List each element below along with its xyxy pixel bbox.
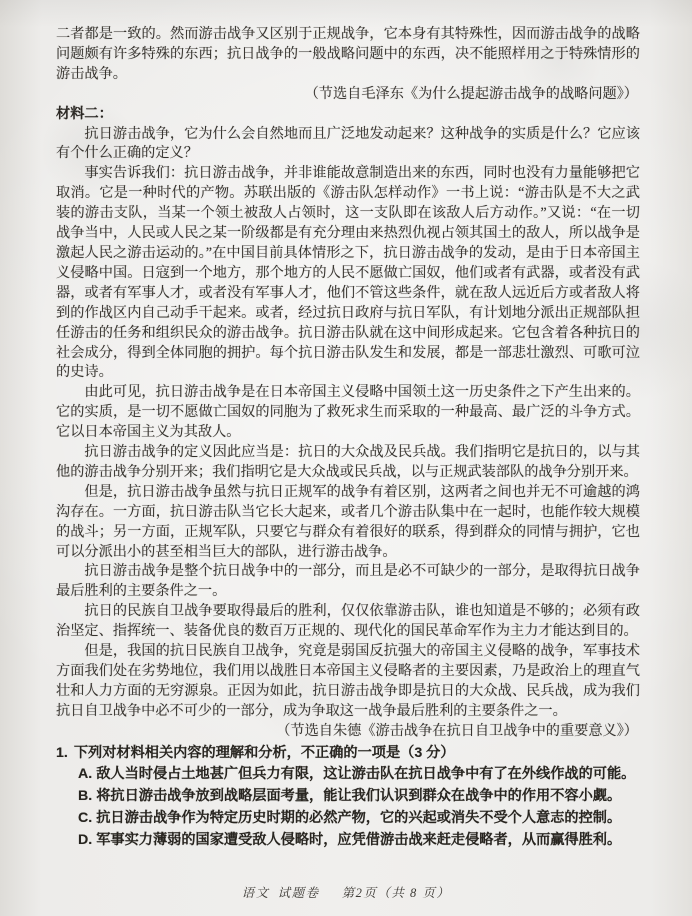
material2-source-citation: （节选自朱德《游击战争在抗日自卫战争中的重要意义》） <box>56 722 640 742</box>
question-1-option-c: C.抗日游击战争作为特定历史时期的必然产物，它的兴起或消失不受个人意志的控制。 <box>56 808 640 830</box>
question-1-option-d: D.军事实力薄弱的国家遭受敌人侵略时，应凭借游击战来赶走侵略者，从而赢得胜利。 <box>56 830 640 852</box>
option-a-text: 敌人当时侵占土地甚广但兵力有限，这让游击队在抗日战争中有了在外线作战的可能。 <box>96 766 635 782</box>
footer-subject: 语文 <box>242 886 270 900</box>
option-b-label: B. <box>78 788 92 804</box>
page-content: 二者都是一致的。然而游击战争又区别于正规战争，它本身有其特殊性，因而游击战争的战… <box>0 0 692 851</box>
material1-source-citation: （节选自毛泽东《为什么提起游击战争的战略问题》） <box>56 85 640 105</box>
material2-paragraph-2: 事实告诉我们：抗日游击战争，并非谁能故意制造出来的东西，同时也没有力量能够把它取… <box>56 164 640 383</box>
question-1-stem-text: 下列对材料相关内容的理解和分析，不正确的一项是（3 分） <box>74 745 455 761</box>
page-footer: 语文试题卷第2页（共 8 页） <box>0 883 692 901</box>
question-1-option-b: B.将抗日游击战争放到战略层面考量，能让我们认识到群众在战争中的作用不容小觑。 <box>56 786 640 808</box>
material2-heading: 材料二： <box>56 105 640 125</box>
option-d-label: D. <box>78 832 92 848</box>
material2-paragraph-6: 抗日游击战争是整个抗日战争中的一部分，而且是必不可缺少的一部分，是取得抗日战争最… <box>56 562 640 602</box>
material1-continuation-paragraph: 二者都是一致的。然而游击战争又区别于正规战争，它本身有其特殊性，因而游击战争的战… <box>56 25 640 85</box>
question-1-stem: 1.下列对材料相关内容的理解和分析，不正确的一项是（3 分） <box>56 743 640 765</box>
option-a-label: A. <box>78 766 92 782</box>
material2-paragraph-5: 但是，抗日游击战争虽然与抗日正规军的战争有着区别，这两者之间也并无不可逾越的鸿沟… <box>56 483 640 563</box>
material2-paragraph-4: 抗日游击战争的定义因此应当是：抗日的大众战及民兵战。我们指明它是抗日的，以与其他… <box>56 443 640 483</box>
footer-doc-type: 试题卷 <box>278 886 320 900</box>
question-1-option-a: A.敌人当时侵占土地甚广但兵力有限，这让游击队在抗日战争中有了在外线作战的可能。 <box>56 764 640 786</box>
question-1: 1.下列对材料相关内容的理解和分析，不正确的一项是（3 分） A.敌人当时侵占土… <box>56 743 640 852</box>
material2-paragraph-3: 由此可见，抗日游击战争是在日本帝国主义侵略中国领土这一历史条件之下产生出来的。它… <box>56 383 640 443</box>
option-d-text: 军事实力薄弱的国家遭受敌人侵略时，应凭借游击战来赶走侵略者，从而赢得胜利。 <box>96 832 621 848</box>
material2-paragraph-1: 抗日游击战争，它为什么会自然地而且广泛地发动起来？这种战争的实质是什么？它应该有… <box>56 125 640 165</box>
option-c-text: 抗日游击战争作为特定历史时期的必然产物，它的兴起或消失不受个人意志的控制。 <box>96 810 621 826</box>
option-b-text: 将抗日游击战争放到战略层面考量，能让我们认识到群众在战争中的作用不容小觑。 <box>96 788 621 804</box>
option-c-label: C. <box>78 810 92 826</box>
material2-paragraph-8: 但是，我国的抗日民族自卫战争，究竟是弱国反抗强大的帝国主义侵略的战争，军事技术方… <box>56 642 640 722</box>
question-1-number: 1. <box>56 745 68 761</box>
footer-page-number: 第2页（共 8 页） <box>342 886 451 900</box>
exam-page: 二者都是一致的。然而游击战争又区别于正规战争，它本身有其特殊性，因而游击战争的战… <box>0 0 692 916</box>
material2-paragraph-7: 抗日的民族自卫战争要取得最后的胜利，仅仅依靠游击队，谁也知道是不够的；必须有政治… <box>56 602 640 642</box>
